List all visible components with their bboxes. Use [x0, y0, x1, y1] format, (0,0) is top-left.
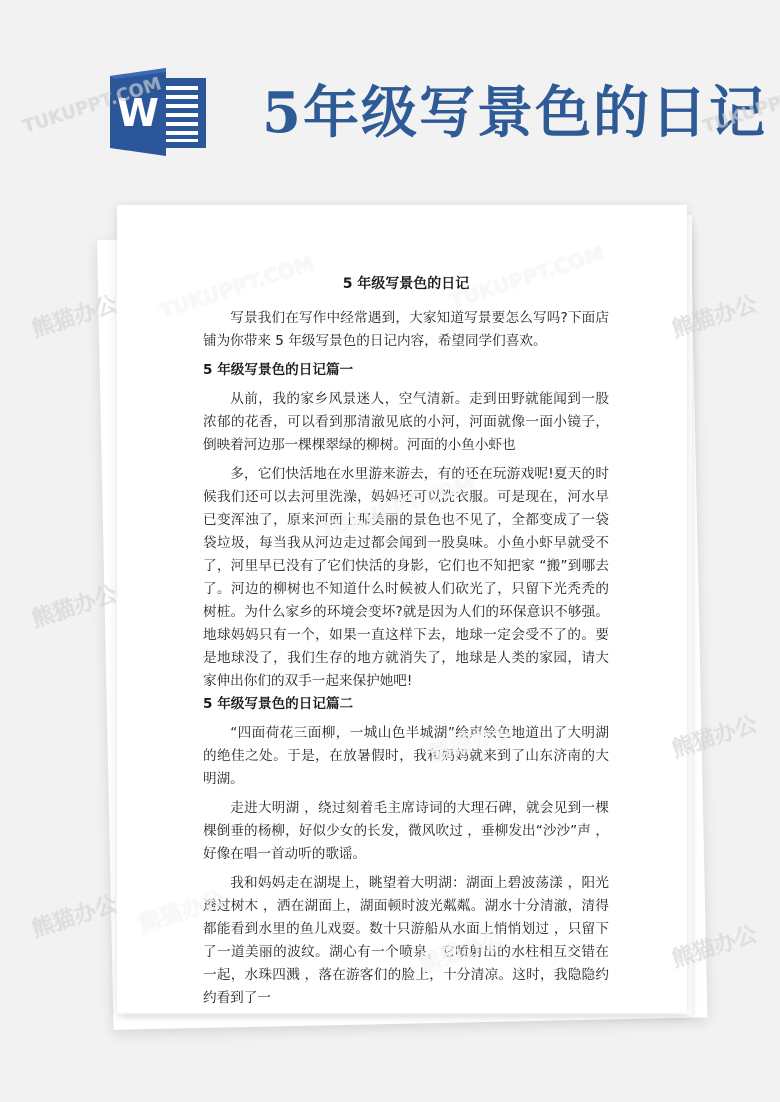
paragraph: 多，它们快活地在水里游来游去，有的还在玩游戏呢!夏天的时候我们还可以去河里洗澡，…	[203, 463, 609, 693]
header-title: 5年级写景色的日记	[262, 78, 767, 148]
paragraph: 走进大明湖 ，绕过刻着毛主席诗词的大理石碑，就会见到一棵棵倒垂的杨柳，好似少女的…	[203, 797, 609, 866]
paragraph: 从前，我的家乡风景迷人，空气清新。走到田野就能闻到一股浓郁的花香，可以看到那清澈…	[203, 388, 609, 457]
document-page: 5 年级写景色的日记 写景我们在写作中经常遇到，大家知道写景要怎么写吗?下面店铺…	[117, 205, 687, 1013]
paragraph: 我和妈妈走在湖堤上，眺望着大明湖：湖面上碧波荡漾 ，阳光透过树木 ，洒在湖面上，…	[203, 872, 609, 1010]
watermark: 熊猫办公	[27, 887, 120, 944]
section-heading-1: 5 年级写景色的日记篇一	[203, 359, 609, 382]
document-title: 5 年级写景色的日记	[203, 273, 609, 295]
document-body: 5 年级写景色的日记 写景我们在写作中经常遇到，大家知道写景要怎么写吗?下面店铺…	[203, 273, 609, 1016]
word-icon: W	[108, 68, 208, 156]
intro-paragraph: 写景我们在写作中经常遇到，大家知道写景要怎么写吗?下面店铺为你带来 5 年级写景…	[203, 307, 609, 353]
paragraph: “四面荷花三面柳，一城山色半城湖”绘声绘色地道出了大明湖的绝佳之处。于是，在放暑…	[203, 722, 609, 791]
section-heading-2: 5 年级写景色的日记篇二	[203, 693, 609, 716]
svg-text:W: W	[117, 91, 159, 135]
header-banner: W 5年级写景色的日记	[0, 0, 780, 200]
